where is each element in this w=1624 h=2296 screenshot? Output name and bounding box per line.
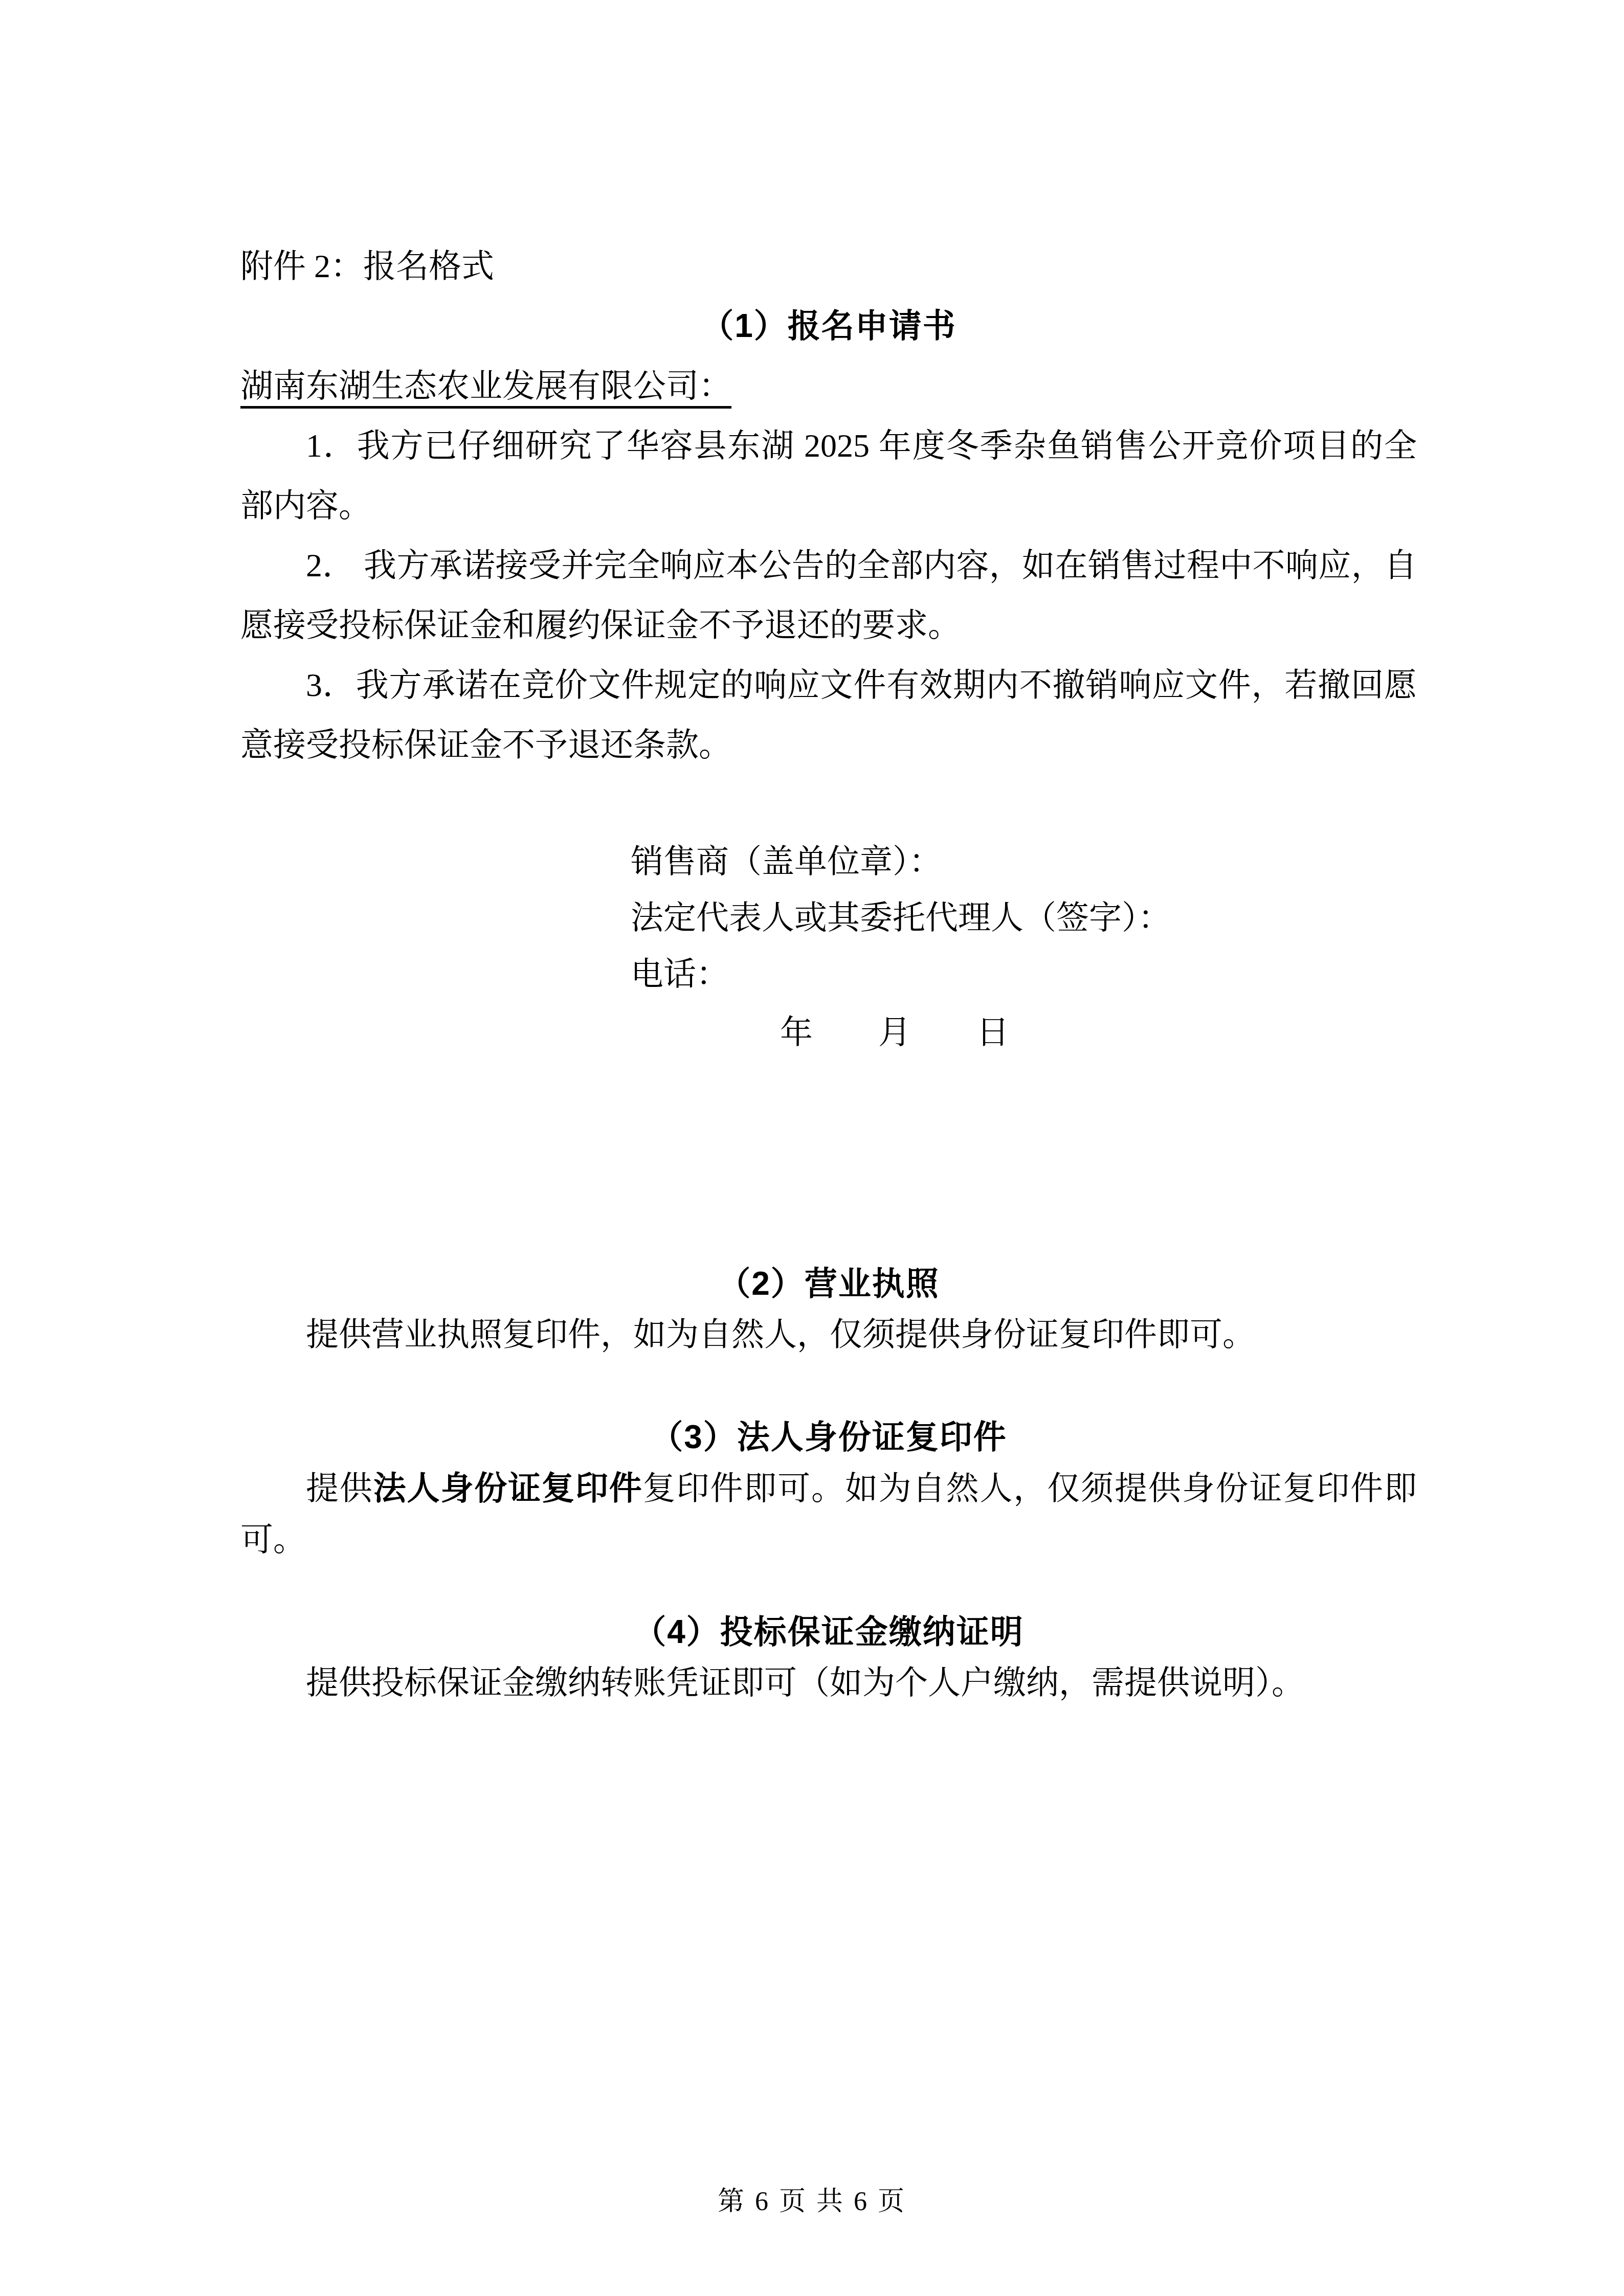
business-license-section: （2）营业执照 提供营业执照复印件，如为自然人，仅须提供身份证复印件即可。	[240, 1258, 1417, 1360]
attachment-label: 附件 2：报名格式	[240, 236, 1417, 296]
legal-person-id-body: 提供法人身份证复印件复印件即可。如为自然人，仅须提供身份证复印件即可。	[240, 1462, 1417, 1565]
business-license-title: （2）营业执照	[240, 1258, 1417, 1309]
bid-bond-section: （4）投标保证金缴纳证明 提供投标保证金缴纳转账凭证即可（如为个人户缴纳，需提供…	[240, 1606, 1417, 1708]
bid-bond-title: （4）投标保证金缴纳证明	[240, 1606, 1417, 1657]
signature-block: 销售商（盖单位章）： 法定代表人或其委托代理人（签字）： 电话：	[631, 834, 1417, 1002]
date-line: 年 月 日	[240, 1002, 1417, 1062]
document-page: 附件 2：报名格式 （1）报名申请书 湖南东湖生态农业发展有限公司： 1．我方已…	[0, 0, 1624, 2296]
business-license-body: 提供营业执照复印件，如为自然人，仅须提供身份证复印件即可。	[240, 1309, 1417, 1360]
application-section: 附件 2：报名格式 （1）报名申请书 湖南东湖生态农业发展有限公司： 1．我方已…	[240, 236, 1417, 1062]
clause-2: 2． 我方承诺接受并完全响应本公告的全部内容，如在销售过程中不响应，自愿接受投标…	[240, 535, 1417, 655]
addressee-company-name: 湖南东湖生态农业发展有限公司：	[240, 368, 731, 409]
legal-person-id-section: （3）法人身份证复印件 提供法人身份证复印件复印件即可。如为自然人，仅须提供身份…	[240, 1411, 1417, 1565]
legal-representative-label: 法定代表人或其委托代理人（签字）：	[631, 890, 1417, 946]
legal-person-id-title: （3）法人身份证复印件	[240, 1411, 1417, 1462]
legal-person-id-body-bold: 法人身份证复印件	[373, 1470, 643, 1506]
addressee-line: 湖南东湖生态农业发展有限公司：	[240, 356, 1417, 416]
bid-bond-body: 提供投标保证金缴纳转账凭证即可（如为个人户缴纳，需提供说明）。	[240, 1657, 1417, 1708]
legal-person-id-body-prefix: 提供	[306, 1470, 373, 1506]
clause-1: 1．我方已仔细研究了华容县东湖 2025 年度冬季杂鱼销售公开竞价项目的全部内容…	[240, 416, 1417, 535]
clause-3: 3．我方承诺在竞价文件规定的响应文件有效期内不撤销响应文件，若撤回愿意接受投标保…	[240, 655, 1417, 775]
application-title: （1）报名申请书	[240, 296, 1417, 356]
phone-label: 电话：	[631, 946, 1417, 1002]
seller-seal-label: 销售商（盖单位章）：	[631, 834, 1417, 890]
page-number: 第 6 页 共 6 页	[0, 2179, 1624, 2218]
